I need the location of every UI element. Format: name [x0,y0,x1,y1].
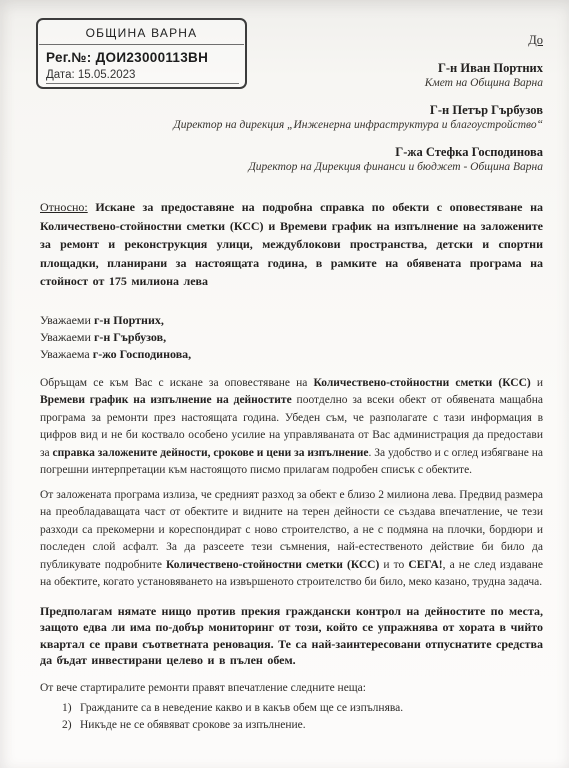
list-item-marker: 2) [62,717,80,735]
observations-list: 1)Гражданите са в неведение какво и в ка… [40,700,543,735]
body-paragraph-costs: От заложената програма излиза, че средни… [40,487,543,592]
list-item: 1)Гражданите са в неведение какво и в ка… [40,700,543,718]
recipient-finance-director: Г-жа Стефка Господинова Директор на Дире… [40,144,543,175]
body-paragraph-civil-control: Предполагам нямате нищо против прекия гр… [40,603,543,669]
subject-paragraph: Относно: Искане за предоставяне на подро… [40,198,543,291]
recipient-title: Директор на Дирекция финанси и бюджет - … [40,160,543,175]
recipient-mayor: Г-н Иван Портних Кмет на Община Варна [40,60,543,91]
recipient-title: Директор на дирекция „Инженерна инфрастр… [40,118,543,133]
list-intro: От вече стартиралите ремонти правят впеч… [40,680,543,697]
list-item-text: Никъде не се обявяват срокове за изпълне… [80,719,306,731]
salutation-line: Уважаеми г-н Портних, [40,312,543,329]
salutations: Уважаеми г-н Портних, Уважаеми г-н Гърбу… [40,312,543,363]
recipient-name: Г-н Иван Портних [40,60,543,76]
recipient-infrastructure-director: Г-н Петър Гърбузов Директор на дирекция … [40,102,543,133]
to-label: До [40,0,543,47]
salutation-line: Уважаема г-жо Господинова, [40,346,543,363]
salutation-line: Уважаеми г-н Гърбузов, [40,329,543,346]
recipient-name: Г-н Петър Гърбузов [40,102,543,118]
letter-page: ОБЩИНА ВАРНА Рег.№: ДОИ23000113ВН Дата: … [0,0,569,768]
list-item: 2)Никъде не се обявяват срокове за изпъл… [40,717,543,735]
letter-content: До Г-н Иван Портних Кмет на Община Варна… [0,0,569,735]
to-label-text: До [528,33,543,47]
list-item-marker: 1) [62,700,80,718]
recipient-name: Г-жа Стефка Господинова [40,144,543,160]
list-item-text: Гражданите са в неведение какво и в какъ… [80,702,403,714]
recipient-title: Кмет на Община Варна [40,76,543,91]
body-paragraph-request: Обръщам се към Вас с искане за оповестяв… [40,375,543,480]
